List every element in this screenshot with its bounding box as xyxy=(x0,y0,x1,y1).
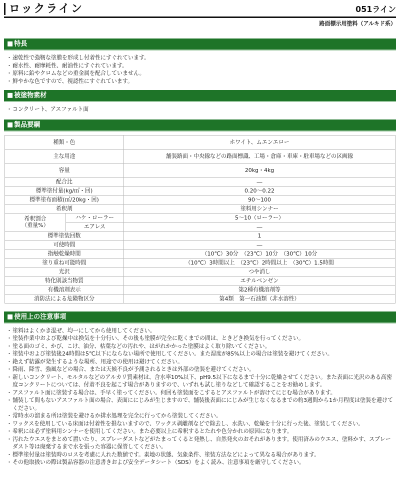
spec-label-cell: 種類・色 xyxy=(5,135,124,149)
precaution-item: ・塗る面のゴミ、かび、こけ、油分、枯葉などの汚れや、はがれかかった塗膜はよく取り… xyxy=(6,342,394,350)
spec-value-cell: ― xyxy=(124,222,396,231)
section-header-features: ■特長 xyxy=(4,39,396,51)
precaution-item: ・汚れたウエスをまとめて置いたり、スプレーダストなどがたまってくると発熱し、自然… xyxy=(6,435,394,451)
spec-label-cell: 有機溶剤表示 xyxy=(5,285,124,294)
precaution-item: ・ワックスを使用している床面は付着性を損ないますので、ワックス剥離剤などで除去し… xyxy=(6,420,394,428)
list-item-text: 速乾性で強靭な塗膜を形成し付着性にすぐれています。 xyxy=(13,54,395,62)
spec-row: 指触乾燥時間（10℃）30分 （23℃）10分 （30℃）10分 xyxy=(5,249,396,258)
spec-sublabel-cell: ハケ・ローラー xyxy=(66,213,124,222)
list-item-text: コンクリート、アスファルト面 xyxy=(13,106,395,114)
feature-item: ・耐水性、耐摩耗性、耐油性にすぐれています。 xyxy=(6,62,394,70)
spec-value-cell: 第4類 第一石油類（非水溶性） xyxy=(124,294,396,303)
precaution-item: ・舗装して間もないアスファルト面の場合、表面ににじみが生じますので、舗装後表面に… xyxy=(6,397,394,413)
product-spec-table: 種類・色ホワイト、ムエンエロー主な用途舗装路面・中央線などの路面標識、工場・倉庫… xyxy=(5,135,396,304)
list-item-text: 塗る面のゴミ、かび、こけ、油分、枯葉などの汚れや、はがれかかった塗膜はよく取り除… xyxy=(13,342,395,350)
spec-row: 標準塗装回数1 xyxy=(5,231,396,240)
list-item-text: 耐水性、耐摩耗性、耐油性にすぐれています。 xyxy=(13,62,395,70)
precaution-list: ・塗料はよくかき混ぜ、均一にしてから使用してください。・塗装作業中および乾燥中は… xyxy=(4,327,396,467)
spec-row: 種類・色ホワイト、ムエンエロー xyxy=(5,135,396,149)
list-item-text: 舗装して間もないアスファルト面の場合、表面ににじみが生じますので、舗装後表面にに… xyxy=(13,397,395,413)
spec-value-cell: 90～100 xyxy=(124,195,396,204)
section-header-substrates: ■被塗物素材 xyxy=(4,90,396,102)
spec-value-cell: エチルベンゼン xyxy=(124,276,396,285)
substrate-item: ・コンクリート、アスファルト面 xyxy=(6,106,394,114)
spec-label-cell: 標準塗装回数 xyxy=(5,231,124,240)
spec-row: 希釈割合 （重量%）ハケ・ローラー5～10（ローラー） xyxy=(5,213,396,222)
line-code: 051ライン xyxy=(356,3,396,15)
spec-value-cell: ― xyxy=(124,240,396,249)
precaution-item: ・標準塗付量は塗装時のロスを考慮に入れた数値です。素地の状態、気象条件、塗装方法… xyxy=(6,451,394,459)
spec-value-cell: （10℃）30分 （23℃）10分 （30℃）10分 xyxy=(124,249,396,258)
list-item-text: ワックスを使用している床面は付着性を損ないますので、ワックス剥離剤などで除去し、… xyxy=(13,420,395,428)
spec-value-cell: （10℃）3時間以上 （23℃）2時間以上 （30℃）1.5時間 xyxy=(124,258,396,267)
list-item-text: その他取扱いの際は製品容器の注意書きおよび安全データシート（SDS）をよく読み、… xyxy=(13,459,395,467)
list-item-text: 常時水の溜まる所は塗装を避けるか排水処理を完全に行ってから塗装してください。 xyxy=(13,412,395,420)
spec-value-cell: ― xyxy=(124,177,396,186)
list-item-text: 希釈には必ず塗料用シンナーを使用してください。また必要以上に希釈するとたれや色分… xyxy=(13,428,395,436)
spec-row: 光沢つや消し xyxy=(5,267,396,276)
spec-label-cell: 配合比 xyxy=(5,177,124,186)
precaution-item: ・希釈には必ず塗料用シンナーを使用してください。また必要以上に希釈するとたれや色… xyxy=(6,428,394,436)
precaution-item: ・塗装作業中および乾燥中は換気を十分行い、その後も塗膜が完全に乾くまでの間は、と… xyxy=(6,335,394,343)
spec-label-cell: 指触乾燥時間 xyxy=(5,249,124,258)
spec-value-cell: ホワイト、ムエンエロー xyxy=(124,135,396,149)
spec-row: 標準塗布面積(㎡/20kg・回)90～100 xyxy=(5,195,396,204)
list-item-text: 新しいコンクリート、モルタルなどのアルカリ質素材は、含水率10%以下、pH9.5… xyxy=(13,373,395,389)
spec-label-cell: 特化則該当物質 xyxy=(5,276,124,285)
datasheet-page: ロックライン 051ライン 路面標示用塗料（アルキド系） ■特長 ・速乾性で強靭… xyxy=(0,0,400,484)
spec-row: 希釈剤塗料用シンナー xyxy=(5,204,396,213)
spec-label-cell: 塗り重ね可能時間 xyxy=(5,258,124,267)
doc-header: ロックライン 051ライン 路面標示用塗料（アルキド系） xyxy=(4,3,396,28)
spec-value-cell: 5～10（ローラー） xyxy=(124,213,396,222)
spec-row: 標準塗付量(kg/㎡・回)0.20～0.22 xyxy=(5,186,396,195)
spec-row: 主な用途舗装路面・中央線などの路面標識、工場・倉庫・車庫・駐車場などの区画線 xyxy=(5,149,396,163)
spec-label-cell: 主な用途 xyxy=(5,149,124,163)
spec-value-cell: つや消し xyxy=(124,267,396,276)
spec-value-cell: 1 xyxy=(124,231,396,240)
list-item-text: 標準塗付量は塗装時のロスを考慮に入れた数値です。素地の状態、気象条件、塗装方法な… xyxy=(13,451,395,459)
section-marker-icon: ■ xyxy=(7,40,13,48)
spec-value-cell: 0.20～0.22 xyxy=(124,186,396,195)
section-marker-icon: ■ xyxy=(7,92,13,100)
section-heading-text: 被塗物素材 xyxy=(14,92,47,100)
precaution-item: ・常時水の溜まる所は塗装を避けるか排水処理を完全に行ってから塗装してください。 xyxy=(6,412,394,420)
spec-row: 配合比― xyxy=(5,177,396,186)
list-item-text: 塗装中および塗装後24時間は5℃以下にならない場所で使用してください。また湿度が… xyxy=(13,350,395,358)
spec-label-cell: 標準塗付量(kg/㎡・回) xyxy=(5,186,124,195)
feature-item: ・原料に鉛やクロムなどの重金属を配合していません。 xyxy=(6,70,394,78)
list-item-text: アスファルト面に塗装する場合は、手早く塗ってください。何回も塗装面をこするとアス… xyxy=(13,389,395,397)
substrate-list: ・コンクリート、アスファルト面 xyxy=(4,106,396,114)
precaution-item: ・降雨、降雪、強風などの場合、または天候不良が予測されるときは外部の塗装を避けて… xyxy=(6,366,394,374)
section-header-precautions: ■使用上の注意事項 xyxy=(4,311,396,323)
section-heading-text: 製品要綱 xyxy=(14,121,40,129)
list-item-text: 塗料はよくかき混ぜ、均一にしてから使用してください。 xyxy=(13,327,395,335)
precaution-item: ・その他取扱いの際は製品容器の注意書きおよび安全データシート（SDS）をよく読み… xyxy=(6,459,394,467)
spec-value-cell: 塗料用シンナー xyxy=(124,204,396,213)
precaution-item: ・塗料はよくかき混ぜ、均一にしてから使用してください。 xyxy=(6,327,394,335)
precaution-item: ・新しいコンクリート、モルタルなどのアルカリ質素材は、含水率10%以下、pH9.… xyxy=(6,373,394,389)
feature-item: ・鮮やかな色ですので、視認性にすぐれています。 xyxy=(6,77,394,85)
spec-label-cell: 消防法による危険物区分 xyxy=(5,294,124,303)
spec-row: 有機溶剤表示第2種有機溶剤等 xyxy=(5,285,396,294)
list-item-text: 降雨、降雪、強風などの場合、または天候不良が予測されるときは外部の塗装を避けてく… xyxy=(13,366,395,374)
spec-row: 消防法による危険物区分第4類 第一石油類（非水溶性） xyxy=(5,294,396,303)
spec-value-cell: 舗装路面・中央線などの路面標識、工場・倉庫・車庫・駐車場などの区画線 xyxy=(124,149,396,163)
spec-label-cell: 標準塗布面積(㎡/20kg・回) xyxy=(5,195,124,204)
spec-label-cell: 容量 xyxy=(5,163,124,177)
section-header-product: ■製品要綱 xyxy=(4,119,396,131)
section-heading-text: 使用上の注意事項 xyxy=(14,313,66,321)
section-marker-icon: ■ xyxy=(7,121,13,129)
list-item-text: 鮮やかな色ですので、視認性にすぐれています。 xyxy=(13,77,395,85)
precaution-item: ・絶えず結露が発生するような場所、用途での使用は避けてください。 xyxy=(6,358,394,366)
product-subtitle: 路面標示用塗料（アルキド系） xyxy=(4,18,396,28)
list-item-text: 塗装作業中および乾燥中は換気を十分行い、その後も塗膜が完全に乾くまでの間は、とき… xyxy=(13,335,395,343)
spec-value-cell: 20kg・4kg xyxy=(124,163,396,177)
list-item-text: 絶えず結露が発生するような場所、用途での使用は避けてください。 xyxy=(13,358,395,366)
list-item-text: 原料に鉛やクロムなどの重金属を配合していません。 xyxy=(13,70,395,78)
spec-value-cell: 第2種有機溶剤等 xyxy=(124,285,396,294)
section-heading-text: 特長 xyxy=(14,40,27,48)
precaution-item: ・アスファルト面に塗装する場合は、手早く塗ってください。何回も塗装面をこするとア… xyxy=(6,389,394,397)
product-title: ロックライン xyxy=(4,3,83,15)
spec-row: 特化則該当物質エチルベンゼン xyxy=(5,276,396,285)
spec-sublabel-cell: エアレス xyxy=(66,222,124,231)
feature-list: ・速乾性で強靭な塗膜を形成し付着性にすぐれています。・耐水性、耐摩耗性、耐油性に… xyxy=(4,54,396,85)
feature-item: ・速乾性で強靭な塗膜を形成し付着性にすぐれています。 xyxy=(6,54,394,62)
spec-label-cell: 光沢 xyxy=(5,267,124,276)
precaution-item: ・塗装中および塗装後24時間は5℃以下にならない場所で使用してください。また湿度… xyxy=(6,350,394,358)
section-marker-icon: ■ xyxy=(7,313,13,321)
spec-label-cell: 希釈剤 xyxy=(5,204,124,213)
header-title-row: ロックライン 051ライン xyxy=(4,3,396,18)
spec-label-cell: 希釈割合 （重量%） xyxy=(5,213,66,231)
list-item-text: 汚れたウエスをまとめて置いたり、スプレーダストなどがたまってくると発熱し、自然発… xyxy=(13,435,395,451)
spec-label-cell: 可使時間 xyxy=(5,240,124,249)
spec-row: 容量20kg・4kg xyxy=(5,163,396,177)
spec-row: 可使時間― xyxy=(5,240,396,249)
spec-row: 塗り重ね可能時間（10℃）3時間以上 （23℃）2時間以上 （30℃）1.5時間 xyxy=(5,258,396,267)
